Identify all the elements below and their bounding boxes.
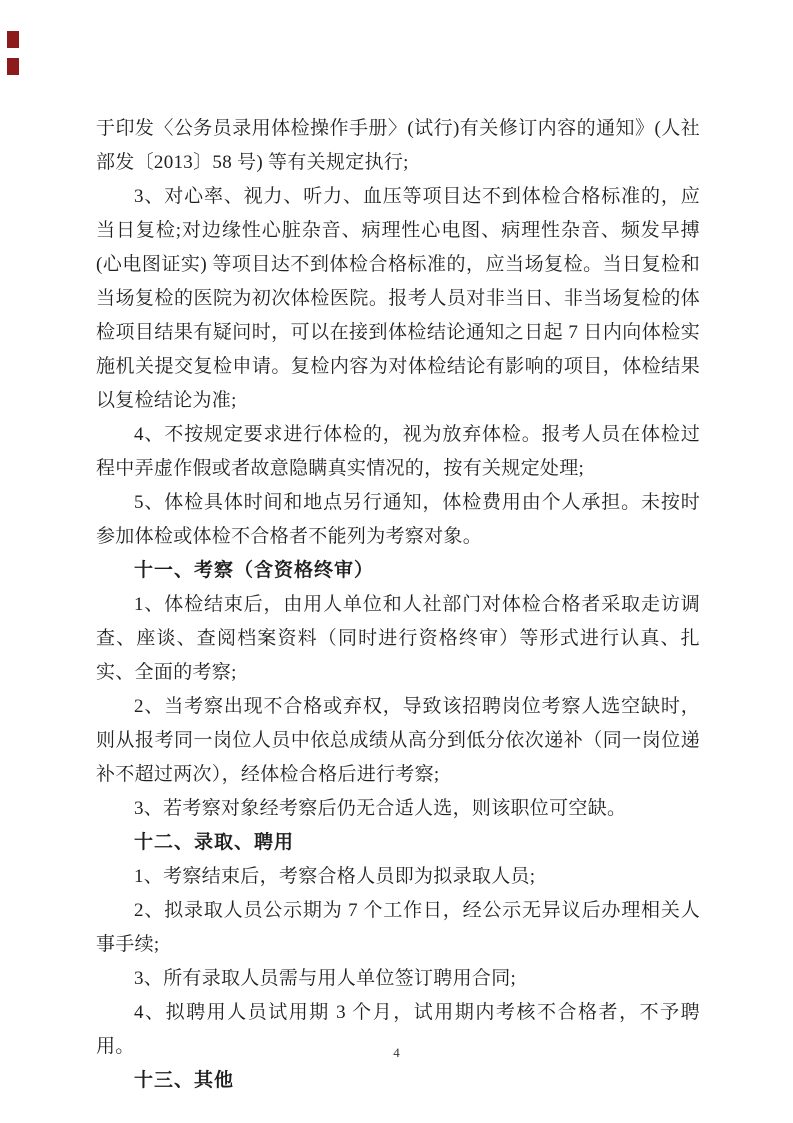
- paragraph: 1、体检结束后，由用人单位和人社部门对体检合格者采取走访调查、座谈、查阅档案资料…: [96, 588, 700, 690]
- document-body: 于印发〈公务员录用体检操作手册〉(试行)有关修订内容的通知》(人社部发〔2013…: [96, 112, 700, 1098]
- paragraph: 1、考察结束后，考察合格人员即为拟录取人员;: [96, 860, 700, 894]
- section-heading-13: 十三、其他: [96, 1064, 700, 1098]
- paragraph: 3、对心率、视力、听力、血压等项目达不到体检合格标准的，应当日复检;对边缘性心脏…: [96, 180, 700, 418]
- section-heading-12: 十二、录取、聘用: [96, 826, 700, 860]
- paragraph: 5、体检具体时间和地点另行通知，体检费用由个人承担。未按时参加体检或体检不合格者…: [96, 486, 700, 554]
- paragraph: 2、拟录取人员公示期为 7 个工作日，经公示无异议后办理相关人事手续;: [96, 894, 700, 962]
- paragraph: 3、所有录取人员需与用人单位签订聘用合同;: [96, 962, 700, 996]
- red-edge-mark-top: [7, 31, 19, 48]
- red-edge-mark-bottom: [7, 58, 19, 75]
- paragraph: 2、当考察出现不合格或弃权，导致该招聘岗位考察人选空缺时，则从报考同一岗位人员中…: [96, 690, 700, 792]
- page-number: 4: [0, 1045, 793, 1061]
- paragraph-continued: 于印发〈公务员录用体检操作手册〉(试行)有关修订内容的通知》(人社部发〔2013…: [96, 112, 700, 180]
- document-page: 于印发〈公务员录用体检操作手册〉(试行)有关修订内容的通知》(人社部发〔2013…: [0, 0, 793, 1123]
- section-heading-11: 十一、考察（含资格终审）: [96, 554, 700, 588]
- paragraph: 4、不按规定要求进行体检的，视为放弃体检。报考人员在体检过程中弄虚作假或者故意隐…: [96, 418, 700, 486]
- paragraph: 3、若考察对象经考察后仍无合适人选，则该职位可空缺。: [96, 792, 700, 826]
